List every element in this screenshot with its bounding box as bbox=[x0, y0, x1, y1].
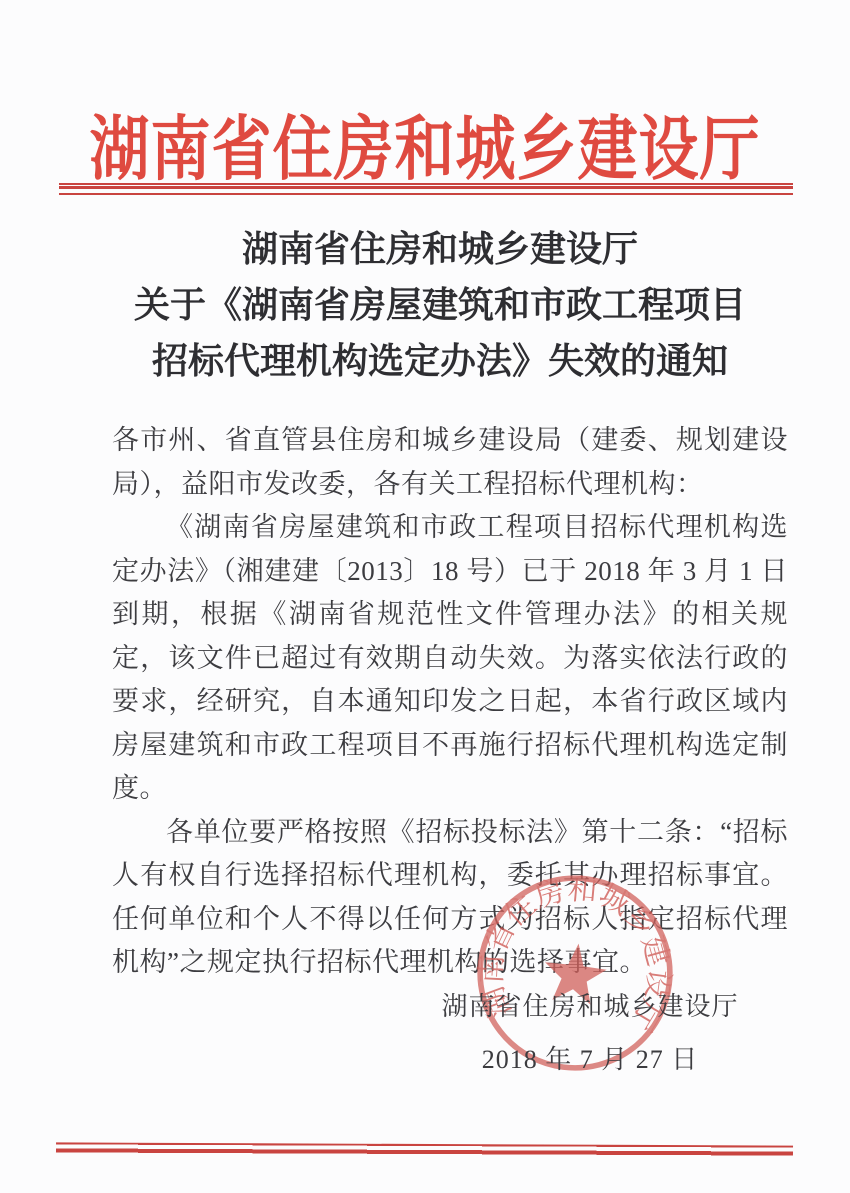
signature-block: 湖南省住房和城乡建设厅 2018 年 7 月 27 日 bbox=[420, 986, 760, 1076]
signature-agency: 湖南省住房和城乡建设厅 bbox=[420, 986, 760, 1023]
document-title-line-3: 招标代理机构选定办法》失效的通知 bbox=[30, 333, 850, 389]
official-notice-page: 湖南省住房和城乡建设厅 湖南省住房和城乡建设厅 关于《湖南省房屋建筑和市政工程项… bbox=[0, 0, 850, 1193]
document-title-line-2: 关于《湖南省房屋建筑和市政工程项目 bbox=[30, 277, 850, 333]
paragraph-recipients: 各市州、省直管县住房和城乡建设局（建委、规划建设局），益阳市发改委，各有关工程招… bbox=[112, 419, 788, 506]
document-title: 湖南省住房和城乡建设厅 关于《湖南省房屋建筑和市政工程项目 招标代理机构选定办法… bbox=[30, 221, 850, 389]
letterhead-rule bbox=[59, 183, 793, 196]
letterhead-agency-title: 湖南省住房和城乡建设厅 bbox=[0, 94, 850, 194]
paragraph-requirements: 各单位要严格按照《招标投标法》第十二条：“招标人有权自行选择招标代理机构，委托其… bbox=[112, 811, 788, 985]
footer-rule bbox=[56, 1142, 793, 1157]
paragraph-expiry-statement: 《湖南省房屋建筑和市政工程项目招标代理机构选定办法》（湘建建〔2013〕18 号… bbox=[112, 506, 788, 811]
document-title-line-1: 湖南省住房和城乡建设厅 bbox=[30, 221, 850, 277]
signature-date: 2018 年 7 月 27 日 bbox=[420, 1039, 760, 1076]
notice-body: 各市州、省直管县住房和城乡建设局（建委、规划建设局），益阳市发改委，各有关工程招… bbox=[112, 419, 788, 985]
